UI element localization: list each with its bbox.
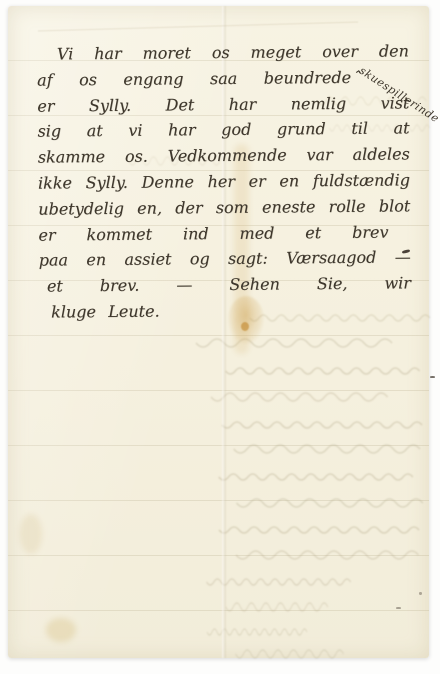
handwriting-line: skamme os. Vedkommende var aldeles: [38, 142, 410, 171]
letter-page: Vi har moret os meget over den af os eng…: [8, 6, 429, 658]
bottom-left-stain: [46, 618, 76, 642]
ink-speck: [396, 607, 401, 609]
handwriting-line: kluge Leute.: [39, 296, 411, 325]
handwriting-line: sig at vi har god grund til at: [37, 116, 409, 145]
ink-speck: [430, 376, 435, 378]
handwriting-line: paa en assiet og sagt: Værsaagod —: [39, 245, 411, 274]
handwriting-line: er kommet ind med et brev: [38, 219, 410, 248]
handwriting-line: ikke Sylly. Denne her er en fuldstændig: [38, 167, 410, 196]
handwriting-line: er Sylly. Det har nemlig vist: [37, 90, 409, 119]
handwriting-line: Vi har moret os meget over den: [37, 38, 409, 67]
left-edge-stain: [20, 514, 42, 554]
handwriting-line: et brev. — Sehen Sie, wir: [39, 271, 411, 300]
ink-speck: [419, 592, 422, 595]
handwriting-line: ubetydelig en, der som eneste rolle blot: [38, 193, 410, 222]
letter-scan: Vi har moret os meget over den af os eng…: [0, 0, 440, 674]
